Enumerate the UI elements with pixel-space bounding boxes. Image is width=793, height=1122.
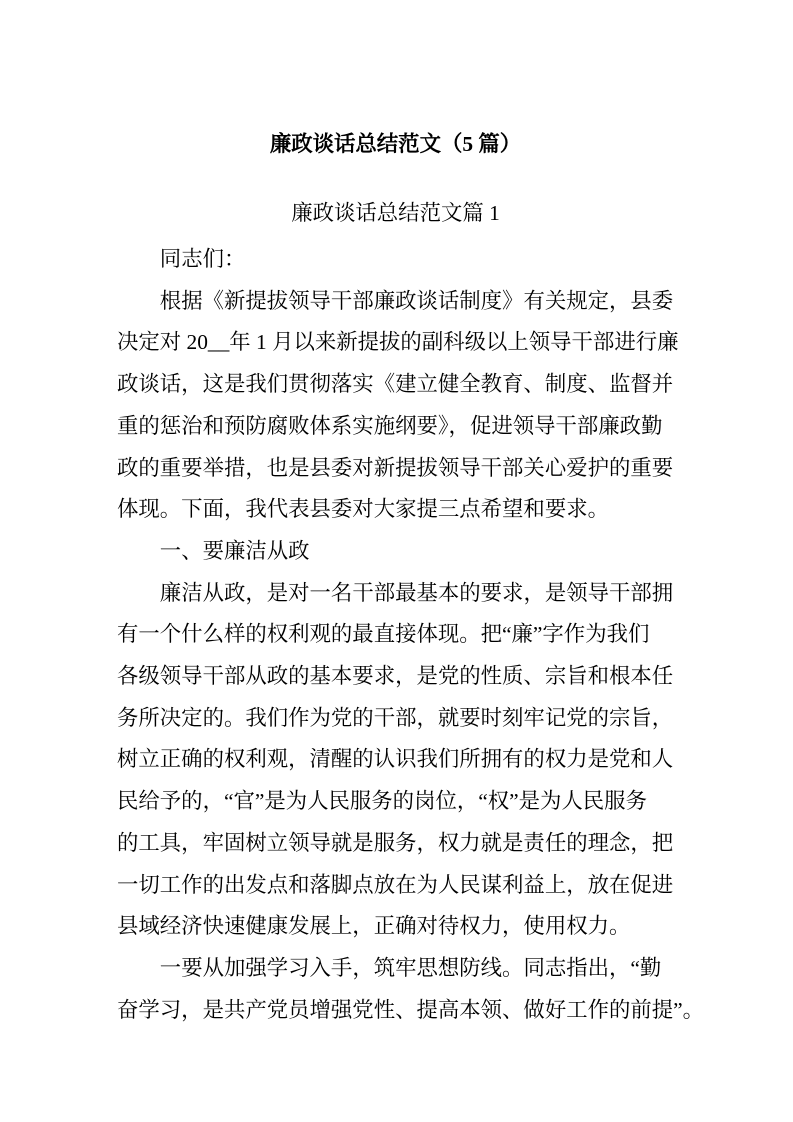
document-page: 廉政谈话总结范文（5 篇） 廉政谈话总结范文篇 1 同志们：根据《新提拔领导干部… [0, 0, 793, 1122]
text-line: 的工具，牢固树立领导就是服务，权力就是责任的理念，把 [117, 823, 674, 865]
text-line: 奋学习，是共产党员增强党性、提高本领、做好工作的前提”。 [117, 990, 674, 1032]
text-line: 政谈话，这是我们贯彻落实《建立健全教育、制度、监督并 [117, 364, 674, 406]
text-line: 一要从加强学习入手，筑牢思想防线。同志指出，“勤 [117, 948, 674, 990]
text-line: 各级领导干部从政的基本要求，是党的性质、宗旨和根本任 [117, 656, 674, 698]
text-line: 政的重要举措，也是县委对新提拔领导干部关心爱护的重要 [117, 448, 674, 490]
text-line: 有一个什么样的权利观的最直接体现。把“廉”字作为我们 [117, 614, 674, 656]
document-title: 廉政谈话总结范文（5 篇） [117, 123, 674, 165]
text-line: 树立正确的权利观，清醒的认识我们所拥有的权力是党和人 [117, 739, 674, 781]
text-line: 一、要廉洁从政 [117, 531, 674, 573]
text-line: 重的惩治和预防腐败体系实施纲要》，促进领导干部廉政勤 [117, 406, 674, 448]
text-line: 县域经济快速健康发展上，正确对待权力，使用权力。 [117, 906, 674, 948]
text-line: 一切工作的出发点和落脚点放在为人民谋利益上，放在促进 [117, 865, 674, 907]
document-body: 同志们：根据《新提拔领导干部廉政谈话制度》有关规定，县委决定对 20__年 1 … [117, 239, 674, 1031]
text-line: 务所决定的。我们作为党的干部，就要时刻牢记党的宗旨， [117, 698, 674, 740]
text-line: 根据《新提拔领导干部廉政谈话制度》有关规定，县委 [117, 281, 674, 323]
text-line: 决定对 20__年 1 月以来新提拔的副科级以上领导干部进行廉 [117, 322, 674, 364]
text-line: 廉洁从政，是对一名干部最基本的要求，是领导干部拥 [117, 573, 674, 615]
text-line: 同志们： [117, 239, 674, 281]
section-heading: 廉政谈话总结范文篇 1 [117, 192, 674, 234]
text-line: 体现。下面，我代表县委对大家提三点希望和要求。 [117, 489, 674, 531]
text-line: 民给予的，“官”是为人民服务的岗位，“权”是为人民服务 [117, 781, 674, 823]
